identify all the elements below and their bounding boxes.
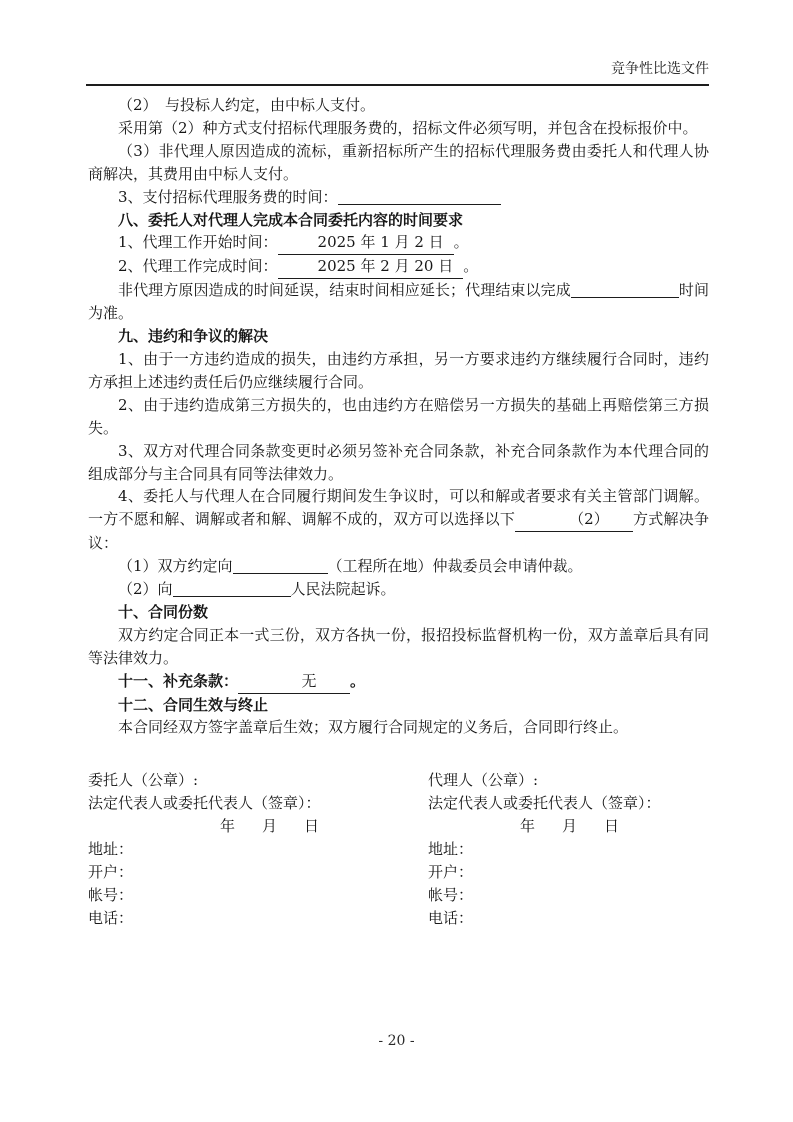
clause-dispute-resolution: 4、委托人与代理人在合同履行期间发生争议时，可以和解或者要求有关主管部门调解。一… xyxy=(88,485,709,555)
date-line: 年月日 xyxy=(88,815,428,838)
signature-left-column: 委托人（公章）: 法定代表人或委托代表人（签章）： 年月日 地址： 开户： 帐号… xyxy=(88,769,428,930)
year-label: 年 xyxy=(520,815,535,838)
blank-underline xyxy=(338,188,501,205)
blank-underline xyxy=(571,281,679,298)
representative-signature-label: 法定代表人或委托代表人（签章）： xyxy=(88,792,428,815)
signature-right-column: 代理人（公章）: 法定代表人或委托代表人（签章）： 年月日 地址： 开户： 帐号… xyxy=(428,769,709,930)
section-12-heading: 十二、合同生效与终止 xyxy=(88,694,709,717)
section-10-heading: 十、合同份数 xyxy=(88,601,709,624)
clause-effectiveness: 本合同经双方签字盖章后生效；双方履行合同规定的义务后，合同即行终止。 xyxy=(88,716,709,739)
document-body: （2） 与投标人约定，由中标人支付。 采用第（2）种方式支付招标代理服务费的，招… xyxy=(88,94,709,930)
section-11-heading: 十一、补充条款：无。 xyxy=(88,670,709,694)
address-label: 地址： xyxy=(88,838,428,861)
clause-payment-time: 3、支付招标代理服务费的时间： xyxy=(88,186,709,209)
agent-seal-label: 代理人（公章）: xyxy=(428,769,709,792)
clause-court: （2）向人民法院起诉。 xyxy=(88,578,709,601)
address-label: 地址： xyxy=(428,838,709,861)
dispute-choice-underline: （2） xyxy=(515,508,633,532)
contract-document-page: 竞争性比选文件 （2） 与投标人约定，由中标人支付。 采用第（2）种方式支付招标… xyxy=(0,0,793,1122)
month-label: 月 xyxy=(562,815,577,838)
bank-label: 开户： xyxy=(428,861,709,884)
clause-arbitration: （1）双方约定向（工程所在地）仲裁委员会申请仲裁。 xyxy=(88,555,709,578)
blank-underline xyxy=(173,580,291,597)
clause-breach-2: 2、由于违约造成第三方损失的，也由违约方在赔偿另一方损失的基础上再赔偿第三方损失… xyxy=(88,394,709,440)
month-label: 月 xyxy=(262,815,277,838)
signature-block: 委托人（公章）: 法定代表人或委托代表人（签章）： 年月日 地址： 开户： 帐号… xyxy=(88,769,709,930)
day-label: 日 xyxy=(604,815,619,838)
section-9-heading: 九、违约和争议的解决 xyxy=(88,325,709,348)
page-header: 竞争性比选文件 xyxy=(86,60,709,86)
account-label: 帐号： xyxy=(428,884,709,907)
clause-finish-date: 2、代理工作完成时间：2025 年 2 月 20 日。 xyxy=(88,255,709,279)
bank-label: 开户： xyxy=(88,861,428,884)
supplement-value-underline: 无 xyxy=(238,670,350,694)
day-label: 日 xyxy=(304,815,319,838)
clause-supplement-terms: 3、双方对代理合同条款变更时必须另签补充合同条款，补充合同条款作为本代理合同的组… xyxy=(88,440,709,486)
clause-breach-1: 1、由于一方违约造成的损失，由违约方承担，另一方要求违约方继续履行合同时，违约方… xyxy=(88,348,709,394)
account-label: 帐号： xyxy=(88,884,428,907)
page-number: - 20 - xyxy=(0,1033,793,1049)
phone-label: 电话： xyxy=(88,907,428,930)
clause-delay: 非代理方原因造成的时间延误，结束时间相应延长；代理结束以完成时间为准。 xyxy=(88,279,709,325)
principal-seal-label: 委托人（公章）: xyxy=(88,769,428,792)
start-date-underline: 2025 年 1 月 2 日 xyxy=(278,231,454,255)
section-8-heading: 八、委托人对代理人完成本合同委托内容的时间要求 xyxy=(88,209,709,232)
clause-pay-by-winner: （2） 与投标人约定，由中标人支付。 xyxy=(88,94,709,117)
year-label: 年 xyxy=(220,815,235,838)
clause-copies: 双方约定合同正本一式三份，双方各执一份，报招投标监督机构一份，双方盖章后具有同等… xyxy=(88,624,709,670)
blank-underline xyxy=(233,557,328,574)
representative-signature-label: 法定代表人或委托代表人（签章）： xyxy=(428,792,709,815)
finish-date-underline: 2025 年 2 月 20 日 xyxy=(278,255,464,279)
header-title: 竞争性比选文件 xyxy=(611,61,709,77)
clause-failed-bid: （3）非代理人原因造成的流标，重新招标所产生的招标代理服务费由委托人和代理人协商… xyxy=(88,140,709,186)
phone-label: 电话： xyxy=(428,907,709,930)
date-line: 年月日 xyxy=(428,815,709,838)
clause-start-date: 1、代理工作开始时间：2025 年 1 月 2 日。 xyxy=(88,231,709,255)
clause-payment-method-note: 采用第（2）种方式支付招标代理服务费的，招标文件必须写明，并包含在投标报价中。 xyxy=(88,117,709,140)
